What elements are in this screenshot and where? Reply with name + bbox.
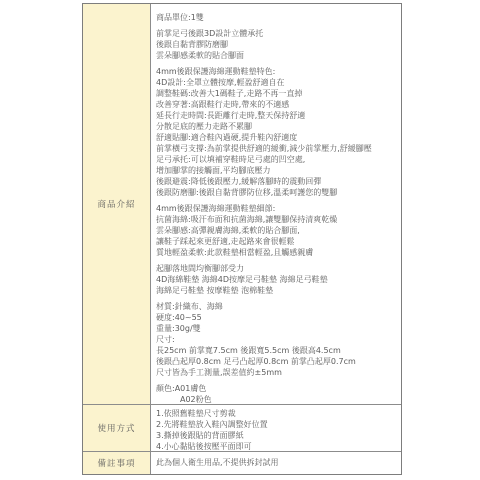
paragraph: 前掌足弓後跟3D設計立體承托後跟自黏背膠防磨腳雲朵腳感柔軟的貼合腳面 (156, 28, 397, 61)
paragraph: 4mm後跟保護海綿運動鞋墊特色:4D設計:全罩立體按摩,輕盈舒適自在調整鞋碼:改… (156, 66, 397, 198)
text-line: 改善穿著:高跟鞋行走時,帶來的不適感 (156, 99, 397, 110)
text-line: 4mm後跟保護海綿運動鞋墊特色: (156, 66, 397, 77)
text-line: 重量:30g/雙 (156, 323, 397, 334)
text-line: 調整鞋碼:改善大1碼鞋子,走路不再一直掉 (156, 88, 397, 99)
text-line: 4.小心黏貼後按壓平面即可 (156, 441, 397, 452)
text-line: 起腳落地間均衡腳部受力 (156, 263, 397, 274)
paragraph: 顏色:A01膚色 A02粉色 A03黑色 (156, 383, 397, 405)
usage-content: 1.依照舊鞋墊尺寸剪裁2.先將鞋墊放入鞋內調整好位置3.撕掉後跟貼的背面膠紙4.… (151, 405, 401, 452)
text-line: 後跟防磨腳:後跟自黏背膠防位移,溫柔呵護您的雙腳 (156, 187, 397, 198)
notes-label: 備註事項 (97, 457, 135, 469)
text-line: 4mm後跟保護海綿運動鞋墊細節: (156, 203, 397, 214)
text-line: 延長行走時間:長距離行走時,整天保持舒適 (156, 110, 397, 121)
label-cell-notes: 備註事項 (83, 452, 151, 474)
text-line: 4D設計:全罩立體按摩,輕盈舒適自在 (156, 77, 397, 88)
text-line: 後跟凸起厚0.8cm 足弓凸起厚0.8cm 前掌凸起厚0.7cm (156, 356, 397, 367)
paragraph: 1.依照舊鞋墊尺寸剪裁2.先將鞋墊放入鞋內調整好位置3.撕掉後跟貼的背面膠紙4.… (156, 408, 397, 452)
paragraph: 起腳落地間均衡腳部受力4D海綿鞋墊 海綿4D按摩足弓鞋墊 海綿足弓鞋墊海綿足弓鞋… (156, 263, 397, 296)
product-intro-content: 商品單位:1雙前掌足弓後跟3D設計立體承托後跟自黏背膠防磨腳雲朵腳感柔軟的貼合腳… (151, 4, 401, 405)
product-intro-label: 商品介紹 (97, 198, 135, 210)
text-line: 商品單位:1雙 (156, 12, 397, 23)
text-line: 後跟自黏背膠防磨腳 (156, 39, 397, 50)
text-line: 海綿足弓鞋墊 按摩鞋墊 泡棉鞋墊 (156, 285, 397, 296)
text-line: 1.依照舊鞋墊尺寸剪裁 (156, 408, 397, 419)
text-line: 足弓承托:可以填補穿鞋時足弓處的凹空處, (156, 154, 397, 165)
label-cell-usage: 使用方式 (83, 405, 151, 452)
product-spec-table: 商品介紹 商品單位:1雙前掌足弓後跟3D設計立體承托後跟自黏背膠防磨腳雲朵腳感柔… (82, 3, 402, 475)
text-line: 2.先將鞋墊放入鞋內調整好位置 (156, 419, 397, 430)
notes-content: 此為個人衛生用品,不提供拆封試用 (151, 452, 401, 474)
text-line: A02粉色 (156, 394, 397, 405)
product-description-page: 商品介紹 商品單位:1雙前掌足弓後跟3D設計立體承托後跟自黏背膠防磨腳雲朵腳感柔… (0, 0, 480, 480)
text-line: 舒適貼腳:適合鞋內過硬,提升鞋內舒適度 (156, 132, 397, 143)
text-line: 前掌足弓後跟3D設計立體承托 (156, 28, 397, 39)
text-line: 4D海綿鞋墊 海綿4D按摩足弓鞋墊 海綿足弓鞋墊 (156, 274, 397, 285)
text-line: 硬度:40~55 (156, 312, 397, 323)
text-line: 增加腳掌的接觸面,平均腳底壓力 (156, 165, 397, 176)
usage-label: 使用方式 (97, 422, 135, 434)
text-line: 尺寸皆為手工測量,誤差值約±5mm (156, 367, 397, 378)
text-line: 抗菌海綿:吸汗布面和抗菌海綿,讓雙腳保持清爽乾燥 (156, 214, 397, 225)
text-line: 3.撕掉後跟貼的背面膠紙 (156, 430, 397, 441)
text-line: 材質:針織布、海綿 (156, 301, 397, 312)
text-line: 長25cm 前掌寬7.5cm 後跟寬5.5cm 後跟高4.5cm (156, 345, 397, 356)
text-line: 雲朵腳感:高彈親膚海綿,柔軟的貼合腳面, (156, 225, 397, 236)
text-line: 雲朵腳感柔軟的貼合腳面 (156, 50, 397, 61)
text-line: 尺寸: (156, 334, 397, 345)
text-line: 前掌橫弓支撐:為前掌提供舒適的緩衝,減少前掌壓力,舒緩腳壓 (156, 143, 397, 154)
paragraph: 此為個人衛生用品,不提供拆封試用 (156, 457, 397, 468)
text-line: 分散足底的壓力走路不累腳 (156, 121, 397, 132)
paragraph: 材質:針織布、海綿硬度:40~55重量:30g/雙尺寸:長25cm 前掌寬7.5… (156, 301, 397, 378)
text-line: 質地輕盈柔軟:此款鞋墊相當輕盈,且觸感親膚 (156, 247, 397, 258)
label-cell-product-intro: 商品介紹 (83, 4, 151, 405)
text-line: 顏色:A01膚色 (156, 383, 397, 394)
paragraph: 4mm後跟保護海綿運動鞋墊細節:抗菌海綿:吸汗布面和抗菌海綿,讓雙腳保持清爽乾燥… (156, 203, 397, 258)
text-line: 此為個人衛生用品,不提供拆封試用 (156, 457, 397, 468)
text-line: 讓鞋子踩起來更舒適,走起路來會很輕鬆 (156, 236, 397, 247)
paragraph: 商品單位:1雙 (156, 12, 397, 23)
text-line: 後跟避震:降低後跟壓力,緩解落腳時的震動回彈 (156, 176, 397, 187)
